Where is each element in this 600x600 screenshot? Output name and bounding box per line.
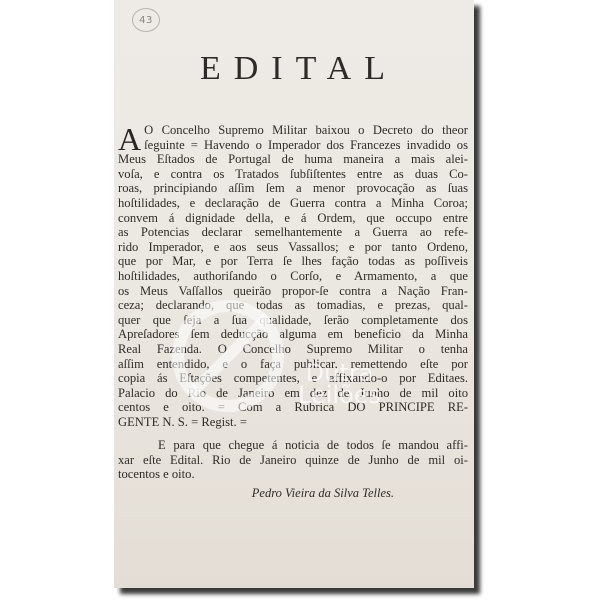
- text-line: ſeguinte = Havendo o Imperador dos Franc…: [118, 138, 468, 153]
- text-line: voſa, e contra os Tratados ſubſiſtentes …: [118, 167, 468, 182]
- text-line: centos e oito. = Com a Rubrica DO PRINCI…: [118, 400, 468, 415]
- closing-paragraph: E para que chegue á noticia de todos ſe …: [118, 438, 468, 482]
- text-line: aſſim entendido, e o faça publicar, reme…: [118, 357, 468, 372]
- text-line: Apreſadores ſem deducção alguma em benef…: [118, 327, 468, 342]
- text-line: ceza; declarando, que todas as tomadias,…: [118, 298, 468, 313]
- document-page: 43 EDITAL A O Concelho Supremo Militar b…: [114, 0, 474, 588]
- text-line: rido Imperador, e aos seus Vassallos; e …: [118, 240, 468, 255]
- text-line: Palacio do Rio de Janeiro em dez de Junh…: [118, 386, 468, 401]
- text-line: convem á dignidade della, e á Ordem, que…: [118, 211, 468, 226]
- text-line: O Concelho Supremo Militar baixou o Decr…: [118, 123, 468, 138]
- watermark-line-2: Leilões: [298, 384, 381, 406]
- text-line: roas, principiando aſſim ſem a menor pro…: [118, 181, 468, 196]
- text-line: que por Mar, e por Terra ſe lhes fação t…: [118, 254, 468, 269]
- text-line: as Potencias declarar semelhantemente a …: [118, 225, 468, 240]
- text-line: Real Fazenda. O Concelho Supremo Militar…: [118, 342, 468, 357]
- text-line: quer que ſeja a ſua qualidade, ſerão com…: [118, 313, 468, 328]
- text-line: hoſtilidades, authoriſando o Corſo, e Ar…: [118, 269, 468, 284]
- dropcap: A: [118, 126, 141, 152]
- watermark-text: Dutra Leilões: [298, 362, 381, 406]
- text-line: copia ás Eſtações competentes, e affixan…: [118, 371, 468, 386]
- text-line: GENTE N. S. = Regist. =: [118, 415, 468, 430]
- main-paragraph: A O Concelho Supremo Militar baixou o De…: [118, 123, 468, 429]
- text-line: os Meus Vaſſallos queirão propor-ſe cont…: [118, 284, 468, 299]
- text-line: xar eſte Edital. Rio de Janeiro quinze d…: [118, 453, 468, 468]
- text-line: tocentos e oito.: [118, 467, 468, 482]
- text-line: hoſtilidades, e declaração de Guerra con…: [118, 196, 468, 211]
- signature: Pedro Vieira da Silva Telles.: [114, 486, 474, 501]
- folio-number: 43: [132, 8, 160, 32]
- text-line: E para que chegue á noticia de todos ſe …: [118, 438, 468, 453]
- text-line: Meus Eſtados de Portugal de huma maneira…: [118, 152, 468, 167]
- document-title: EDITAL: [114, 50, 474, 88]
